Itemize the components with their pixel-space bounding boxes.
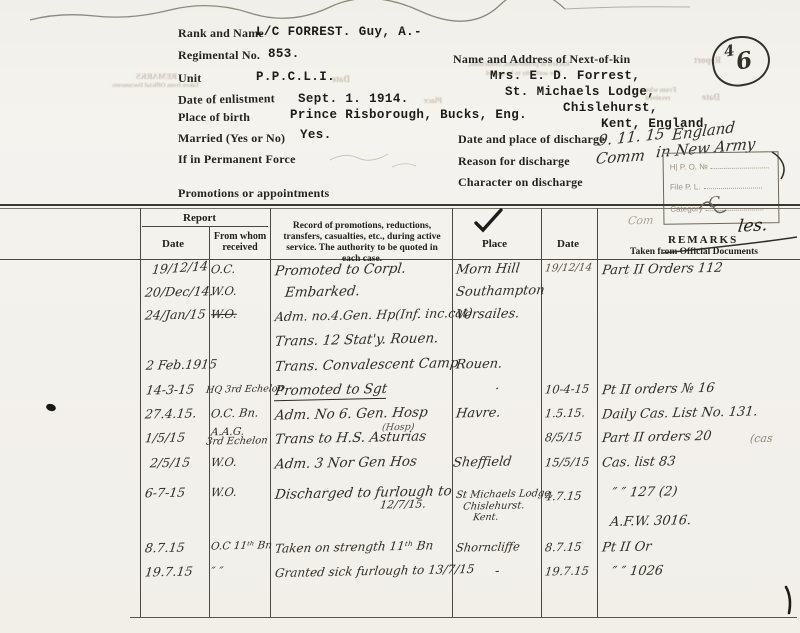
office-stamp-box: H| P. O. № File P. L. Category C (663, 151, 780, 225)
stamp-dotted-line (711, 160, 769, 169)
table-row: 19/12/14 O.C. Promoted to Corpl. Morn Hi… (0, 262, 800, 286)
table-top-rule-thin (0, 208, 800, 209)
pencil-scribble (330, 154, 388, 160)
table-row: 24/Jan/15 W.O. Adm. no.4.Gen. Hp(Inf. in… (0, 307, 800, 331)
pencil-scribble (392, 164, 416, 167)
entry-date: 2/5/15 (149, 455, 191, 471)
entry-from: HQ 3rd Echelon (205, 383, 284, 396)
entry-remarks: Pt II orders № 16 (601, 381, 715, 398)
entry-remarks: ″ ″ 1026 (611, 563, 664, 579)
discharge-date-label: Date and place of discharge (458, 132, 605, 147)
next-of-kin-label: Name and Address of Next-of-kin (453, 52, 630, 67)
regimental-no-label: Regimental No. (178, 48, 260, 63)
discharge-reason-label: Reason for discharge (458, 154, 570, 169)
entry-remarks-faint: (cas (749, 432, 773, 446)
place-column-header: Place (482, 238, 507, 250)
enlistment-date-label: Date of enlistment (178, 91, 275, 108)
entry-remarks: A.F.W. 3016. (609, 513, 692, 530)
entry-date: 8.7.15 (144, 540, 186, 556)
entry-record: Adm. 3 Nor Gen Hos (274, 453, 418, 472)
entry-from: W.O. (210, 284, 238, 299)
entry-date2: 19.7.15 (544, 564, 590, 579)
entry-place: St Michaels Lodge, (455, 488, 554, 501)
permanent-force-label: If in Permanent Force (178, 152, 296, 167)
torn-paper-edge-faint (565, 7, 690, 9)
entry-record: Granted sick furlough to 13/7/15 (274, 562, 475, 580)
entry-place: Morn Hill (455, 261, 520, 277)
birthplace-label: Place of birth (178, 110, 250, 125)
entry-remarks: Part II orders 20 (601, 429, 712, 446)
report-underline (142, 226, 268, 227)
entry-record: Trans. 12 Stat'y. Rouen. (274, 330, 439, 349)
service-record-document: REMARKS Taken from Official Documents Da… (0, 0, 800, 633)
next-of-kin-address2: Chislehurst, (563, 101, 658, 115)
entry-place: Chislehurst. (462, 500, 525, 512)
birthplace-value: Prince Risborough, Bucks, Eng. (290, 108, 527, 122)
entry-remarks: Part II Orders 112 (601, 261, 723, 279)
entry-place: Versailes. (455, 306, 520, 322)
bleedthrough-text: Date (702, 92, 720, 102)
promotions-label: Promotions or appointments (178, 186, 329, 201)
discharge-reason-value1: Comm (595, 146, 646, 168)
married-label: Married (Yes or No) (178, 131, 285, 146)
unit-value: P.P.C.L.I. (256, 70, 335, 84)
stamp-dotted-line (703, 180, 761, 189)
faint-handwriting: Com (627, 214, 654, 228)
entry-date2: 10-4-15 (544, 382, 590, 397)
entry-place: Rouen. (455, 356, 503, 372)
entry-record: Promoted to Sgt (274, 381, 388, 401)
entry-from: O.C. Bn. (210, 405, 259, 420)
entry-remarks: Cas. list 83 (601, 454, 676, 471)
table-row: 8.7.15 O.C 11ᵗʰ Bn Taken on strength 11ᵗ… (0, 540, 800, 564)
next-of-kin-name: Mrs. E. D. Forrest, (490, 69, 640, 83)
entry-date: 14-3-15 (145, 381, 195, 397)
entry-from-line2: 3rd Echelon (205, 435, 268, 447)
entry-record: Trans. Convalescent Camp (274, 355, 459, 375)
entry-date: 2 Feb.1915 (145, 356, 218, 373)
entry-date: 24/Jan/15 (144, 306, 207, 322)
from-whom-column-header: From whom received (212, 232, 268, 253)
entry-remarks: ″ ″ 127 (2) (611, 484, 678, 500)
stamp-line: H| P. O. № (670, 160, 769, 171)
entry-record-note: (Hosp) (381, 422, 415, 434)
table-row: 1/5/15 A.A.G. 3rd Echelon Trans to H.S. … (0, 430, 800, 454)
table-row: 20/Dec/14. W.O. Embarked. Southampton (0, 284, 800, 308)
entry-record: Embarked. (284, 283, 361, 301)
entry-date2: 15/5/15 (544, 455, 590, 470)
entry-date: 1/5/15 (144, 430, 186, 446)
entry-from-struck: W.O. (210, 307, 238, 322)
circled-page-number: 4 6 (708, 31, 774, 90)
entry-from: W.O. (210, 455, 238, 470)
clerk-initials: les. (737, 215, 769, 237)
enlistment-date-value: Sept. 1. 1914. (298, 92, 409, 106)
discharge-character-label: Character on discharge (458, 175, 583, 190)
entry-place: · (494, 382, 500, 397)
table-row: Trans. 12 Stat'y. Rouen. (0, 332, 800, 356)
entry-date2: 4.7.15 (544, 489, 582, 504)
table-bottom-rule (130, 617, 797, 618)
date-column-header: Date (162, 238, 184, 250)
entry-date: 19/12/14 (151, 258, 209, 277)
entry-date: 20/Dec/14. (144, 283, 214, 299)
entry-date: 6-7-15 (144, 485, 186, 501)
entry-from: W.O. (210, 485, 238, 500)
entry-record: Adm. no.4.Gen. Hp(Inf. inc.cat) (274, 305, 474, 324)
entry-date: 27.4.15. (144, 405, 197, 421)
rank-name-value: L/C FORREST. Guy, A.- (256, 25, 422, 39)
report-column-header: Report (183, 212, 216, 224)
table-row: 19.7.15 ″ ″ Granted sick furlough to 13/… (0, 564, 800, 588)
remarks-column-header: REMARKS (668, 234, 738, 246)
table-row: 2/5/15 W.O. Adm. 3 Nor Gen Hos Sheffield… (0, 455, 800, 479)
entry-place: - (494, 564, 500, 579)
entry-from: ″ ″ (210, 564, 224, 578)
entry-record-line2: 12/7/15. (379, 498, 426, 512)
next-of-kin-address1: St. Michaels Lodge, (505, 85, 655, 99)
table-row: 14-3-15 HQ 3rd Echelon Promoted to Sgt ·… (0, 382, 800, 406)
entry-place: Southampton (455, 283, 545, 300)
entry-remarks: Pt II Or (601, 539, 652, 555)
torn-paper-edge (30, 0, 565, 21)
regimental-no-value: 853. (268, 47, 300, 61)
bleedthrough-text: REMARKS (136, 72, 177, 81)
married-value: Yes. (300, 128, 332, 142)
entry-place: Sheffield (452, 454, 512, 470)
unit-label: Unit (178, 71, 201, 86)
entry-date: 19.7.15 (144, 563, 194, 579)
entry-record: Promoted to Corpl. (274, 261, 407, 280)
entry-place: Havre. (455, 406, 501, 422)
remarks-column-subheader: Taken from Official Documents (630, 247, 758, 257)
table-row: 2 Feb.1915 Trans. Convalescent Camp Roue… (0, 357, 800, 381)
entry-record: Taken on strength 11ᵗʰ Bn (274, 538, 434, 555)
record-column-header: Record of promotions, reductions, transf… (276, 221, 448, 265)
entry-remarks: Daily Cas. List No. 131. (601, 404, 758, 422)
entry-from: O.C. (210, 262, 236, 277)
date2-column-header: Date (557, 238, 579, 250)
entry-from: O.C 11ᵗʰ Bn (210, 539, 272, 552)
entry-record: Adm. No 6. Gen. Hosp (274, 404, 429, 423)
entry-place: Shorncliffe (455, 539, 521, 554)
entry-date2: 8.7.15 (544, 540, 582, 555)
table-row: 6-7-15 W.O. Discharged to furlough to 12… (0, 485, 800, 509)
bleedthrough-text: Place (424, 96, 442, 105)
ink-mark-right-edge (786, 587, 790, 613)
entry-date2: 8/5/15 (544, 430, 583, 445)
table-row: A.F.W. 3016. (0, 514, 800, 538)
entry-date2: 1.5.15. (544, 406, 586, 421)
entry-date2: 19/12/14 (544, 261, 593, 274)
table-top-rule (0, 204, 800, 206)
rank-name-label: Rank and Name (178, 26, 264, 41)
stamp-line: File P. L. (670, 180, 762, 191)
checkmark-annotation (476, 210, 501, 230)
circled-number-digit: 6 (734, 46, 754, 75)
